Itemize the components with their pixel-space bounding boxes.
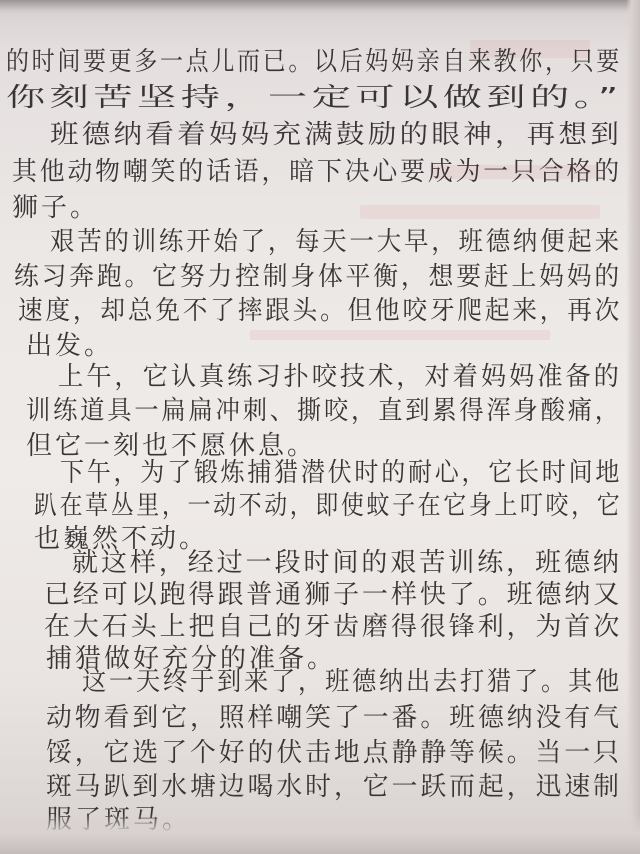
text-line: 艰苦的训练开始了，每天一大早，班德纳便起来 — [50, 227, 622, 257]
text-line: 班德纳看着妈妈充满鼓励的眼神，再想到 — [50, 120, 622, 150]
text-line: 就这样，经过一段时间的艰苦训练，班德纳 — [72, 548, 622, 578]
text-line: 动物看到它，照样嘲笑了一番。班德纳没有气 — [46, 703, 622, 733]
text-line: 上午，它认真练习扑咬技术，对着妈妈准备的 — [58, 362, 622, 392]
text-line: 馁，它选了个好的伏击地点静静等候。当一只 — [46, 738, 622, 768]
text-line: 练习奔跑。它努力控制身体平衡，想要赶上妈妈的 — [14, 262, 622, 292]
text-line: 这一天终于到来了，班德纳出去打猎了。其他 — [82, 667, 622, 697]
photo-bottom-shadow — [0, 814, 640, 854]
handwritten-page: 的时间要更多一点儿而已。以后妈妈亲自来教你，只要 你刻苦坚持，一定可以做到的。”… — [0, 0, 640, 854]
text-line: 其他动物嘲笑的话语，暗下决心要成为一只合格的 — [12, 157, 622, 187]
text-line: 的时间要更多一点儿而已。以后妈妈亲自来教你，只要 — [6, 47, 622, 77]
text-line: 狮子。 — [12, 193, 99, 223]
text-line: 速度，却总免不了摔跟头。但他咬牙爬起来，再次 — [18, 296, 622, 326]
photo-top-shadow — [0, 0, 640, 14]
text-line: 已经可以跑得跟普通狮子一样快了。班德纳又 — [44, 580, 622, 610]
text-line: 出发。 — [26, 331, 113, 361]
text-line: 下午，为了锻炼捕猎潜伏时的耐心，它长时间地 — [60, 458, 622, 488]
text-line: 训练道具一扁扁冲刺、撕咬，直到累得浑身酸痛， — [26, 396, 622, 426]
text-line: 趴在草丛里，一动不动，即使蚊子在它身上叮咬，它 — [34, 491, 622, 521]
text-line: 斑马趴到水塘边喝水时，它一跃而起，迅速制 — [46, 772, 622, 802]
text-line: 你刻苦坚持，一定可以做到的。” — [6, 83, 623, 113]
notebook-photo: 的时间要更多一点儿而已。以后妈妈亲自来教你，只要 你刻苦坚持，一定可以做到的。”… — [0, 0, 640, 854]
text-line: 但它一刻也不愿休息。 — [26, 431, 316, 461]
paper-right-edge — [626, 0, 640, 854]
text-line: 在大石头上把自己的牙齿磨得很锋利，为首次 — [44, 612, 622, 642]
